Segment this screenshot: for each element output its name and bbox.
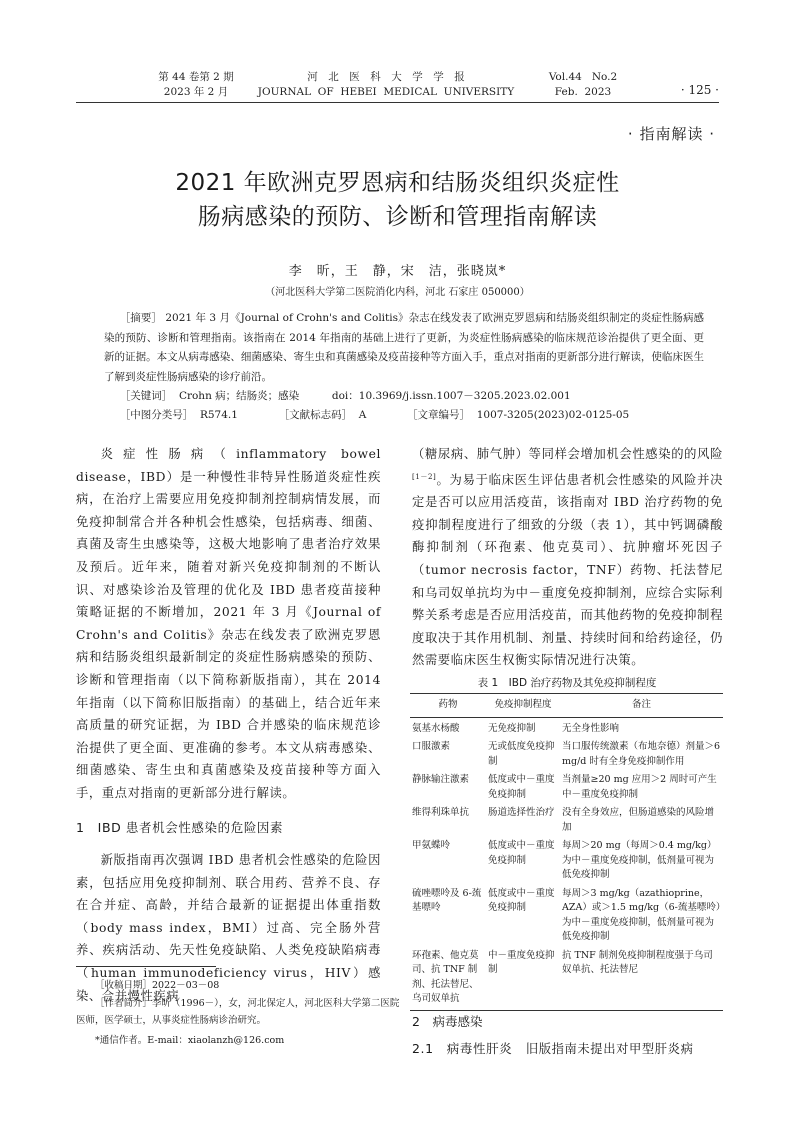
table-cell: 甲氨蝶呤 bbox=[410, 838, 486, 886]
table-row: 甲氨蝶呤低度或中－重度免疫抑制每周＞20 mg（每周＞0.4 mg/kg）为中－… bbox=[410, 838, 723, 886]
journal-name: 河 北 医 科 大 学 学 报 JOURNAL OF HEBEI MEDICAL… bbox=[246, 70, 526, 100]
abstract-text: 2021 年 3 月《Journal of Crohn's and Coliti… bbox=[104, 312, 704, 383]
volume-info-en: Vol.44 No.2 Feb. 2023 bbox=[538, 70, 628, 100]
section-1-heading: 1 IBD 患者机会性感染的危险因素 bbox=[76, 817, 381, 840]
volume-en: Vol.44 No.2 bbox=[538, 70, 628, 85]
table-row: 氨基水杨酸无免疫抑制无全身性影响 bbox=[410, 717, 723, 739]
keywords: Crohn 病；结肠炎；感染 bbox=[179, 390, 299, 402]
table-cell: 低度或中－重度免疫抑制 bbox=[486, 886, 560, 948]
section-2-1-heading: 2.1 病毒性肝炎 bbox=[412, 1041, 512, 1056]
corresponding-author: *通信作者。E-mail：xiaolanzh@126.com bbox=[76, 1031, 400, 1050]
footnotes: ［收稿日期］2022－03－08 ［作者简介］李昕（1996－），女，河北保定人… bbox=[76, 976, 400, 1050]
table-cell: 当剂量≥20 mg 应用＞2 周时可产生中－重度免疫抑制 bbox=[560, 772, 723, 805]
table-header: 备注 bbox=[560, 694, 723, 718]
date-en: Feb. 2023 bbox=[538, 85, 628, 100]
doc-code-label: ［文献标志码］ bbox=[279, 409, 353, 421]
section-2-1-text: 旧版指南未提出对甲型肝炎病 bbox=[526, 1042, 694, 1056]
journal-name-cn: 河 北 医 科 大 学 学 报 bbox=[246, 70, 526, 85]
table-cell: 无全身性影响 bbox=[560, 717, 723, 739]
table-1: 药物 免疫抑制程度 备注 氨基水杨酸无免疫抑制无全身性影响 口服激素无或低度免疫… bbox=[410, 693, 723, 1011]
article-title: 2021 年欧洲克罗恩病和结肠炎组织炎症性 肠病感染的预防、诊断和管理指南解读 bbox=[76, 166, 719, 234]
table-cell: 每周＞3 mg/kg（azathioprine，AZA）或＞1.5 mg/kg（… bbox=[560, 886, 723, 948]
table-header: 药物 bbox=[410, 694, 486, 718]
table-cell: 当口服传统激素（布地奈德）剂量＞6 mg/d 时有全身免疫抑制作用 bbox=[560, 739, 723, 772]
keywords-label: ［关键词］ bbox=[120, 390, 173, 402]
page-number: · 125 · bbox=[681, 83, 719, 98]
right-column: （糖尿病、肺气肿）等同样会增加机会性感染的的风险[1－2]。为易于临床医生评估患… bbox=[412, 443, 723, 672]
received-date: ［收稿日期］2022－03－08 bbox=[76, 976, 400, 995]
section-2-1: 2.1 病毒性肝炎 旧版指南未提出对甲型肝炎病 bbox=[412, 1038, 723, 1061]
table-cell: 每周＞20 mg（每周＞0.4 mg/kg）为中－重度免疫抑制，低剂量可视为低免… bbox=[560, 838, 723, 886]
date-cn: 2023 年 2 月 bbox=[156, 85, 236, 100]
table-cell: 中－重度免疫抑制 bbox=[486, 948, 560, 1011]
table-cell: 硫唑嘌呤及 6-巯基嘌呤 bbox=[410, 886, 486, 948]
title-line-2: 肠病感染的预防、诊断和管理指南解读 bbox=[76, 200, 719, 234]
table-cell: 静脉输注激素 bbox=[410, 772, 486, 805]
doi: doi：10.3969/j.issn.1007－3205.2023.02.001 bbox=[332, 390, 571, 402]
table-cell: 维得利珠单抗 bbox=[410, 805, 486, 838]
author-bio: ［作者简介］李昕（1996－），女，河北保定人，河北医科大学第二医院医师，医学硕… bbox=[76, 995, 400, 1029]
issue-info: 第 44 卷第 2 期 2023 年 2 月 bbox=[156, 70, 236, 100]
footnote-rule bbox=[76, 966, 216, 967]
abstract-label: ［摘要］ bbox=[120, 312, 162, 324]
table-cell: 肠道选择性治疗 bbox=[486, 805, 560, 838]
table-cell: 环孢素、他克莫司、抗 TNF 制剂、托法替尼、乌司奴单抗 bbox=[410, 948, 486, 1011]
table-cell: 低度或中－重度免疫抑制 bbox=[486, 772, 560, 805]
section-tag: · 指南解读 · bbox=[628, 123, 715, 144]
table-1-caption: 表 1 IBD 治疗药物及其免疫抑制程度 bbox=[412, 675, 722, 690]
table-row: 硫唑嘌呤及 6-巯基嘌呤低度或中－重度免疫抑制每周＞3 mg/kg（azathi… bbox=[410, 886, 723, 948]
authors: 李 昕，王 静，宋 洁，张晓岚* bbox=[76, 260, 719, 279]
title-line-1: 2021 年欧洲克罗恩病和结肠炎组织炎症性 bbox=[76, 166, 719, 200]
table-cell: 氨基水杨酸 bbox=[410, 717, 486, 739]
article-no-label: ［文章编号］ bbox=[407, 409, 470, 421]
affiliation: （河北医科大学第二医院消化内科，河北 石家庄 050000） bbox=[76, 283, 719, 298]
table-header: 免疫抑制程度 bbox=[486, 694, 560, 718]
doc-code: A bbox=[359, 409, 367, 421]
table-header-row: 药物 免疫抑制程度 备注 bbox=[410, 694, 723, 718]
clc-label: ［中图分类号］ bbox=[120, 409, 194, 421]
section-2-heading: 2 病毒感染 bbox=[412, 1012, 482, 1030]
running-header: 第 44 卷第 2 期 2023 年 2 月 河 北 医 科 大 学 学 报 J… bbox=[76, 70, 719, 100]
volume-issue-cn: 第 44 卷第 2 期 bbox=[156, 70, 236, 85]
table-cell: 低度或中－重度免疫抑制 bbox=[486, 838, 560, 886]
table-row: 维得利珠单抗肠道选择性治疗没有全身效应，但肠道感染的风险增加 bbox=[410, 805, 723, 838]
table-cell: 无或低度免疫抑制 bbox=[486, 739, 560, 772]
left-column: 炎症性肠病（inflammatory bowel disease，IBD）是一种… bbox=[76, 443, 381, 1007]
paragraph-text-cont: 。为易于临床医生评估患者机会性感染的风险并决定是否可以应用活疫苗，该指南对 IB… bbox=[412, 473, 723, 668]
journal-name-en: JOURNAL OF HEBEI MEDICAL UNIVERSITY bbox=[246, 85, 526, 100]
table-cell: 无免疫抑制 bbox=[486, 717, 560, 739]
header-rule bbox=[76, 102, 719, 103]
abstract: ［摘要］ 2021 年 3 月《Journal of Crohn's and C… bbox=[104, 309, 704, 425]
table-cell: 抗 TNF 制剂免疫抑制程度强于乌司奴单抗、托法替尼 bbox=[560, 948, 723, 1011]
paragraph-text: （糖尿病、肺气肿）等同样会增加机会性感染的的风险 bbox=[412, 447, 723, 461]
intro-paragraph: 炎症性肠病（inflammatory bowel disease，IBD）是一种… bbox=[76, 443, 381, 805]
table-cell: 没有全身效应，但肠道感染的风险增加 bbox=[560, 805, 723, 838]
table-row: 静脉输注激素低度或中－重度免疫抑制当剂量≥20 mg 应用＞2 周时可产生中－重… bbox=[410, 772, 723, 805]
right-paragraph: （糖尿病、肺气肿）等同样会增加机会性感染的的风险[1－2]。为易于临床医生评估患… bbox=[412, 443, 723, 672]
table-cell: 口服激素 bbox=[410, 739, 486, 772]
article-number: 1007-3205(2023)02-0125-05 bbox=[477, 409, 629, 421]
table-row: 口服激素无或低度免疫抑制当口服传统激素（布地奈德）剂量＞6 mg/d 时有全身免… bbox=[410, 739, 723, 772]
table-row: 环孢素、他克莫司、抗 TNF 制剂、托法替尼、乌司奴单抗中－重度免疫抑制抗 TN… bbox=[410, 948, 723, 1011]
clc-number: R574.1 bbox=[200, 409, 238, 421]
citation-ref[interactable]: [1－2] bbox=[412, 473, 436, 481]
